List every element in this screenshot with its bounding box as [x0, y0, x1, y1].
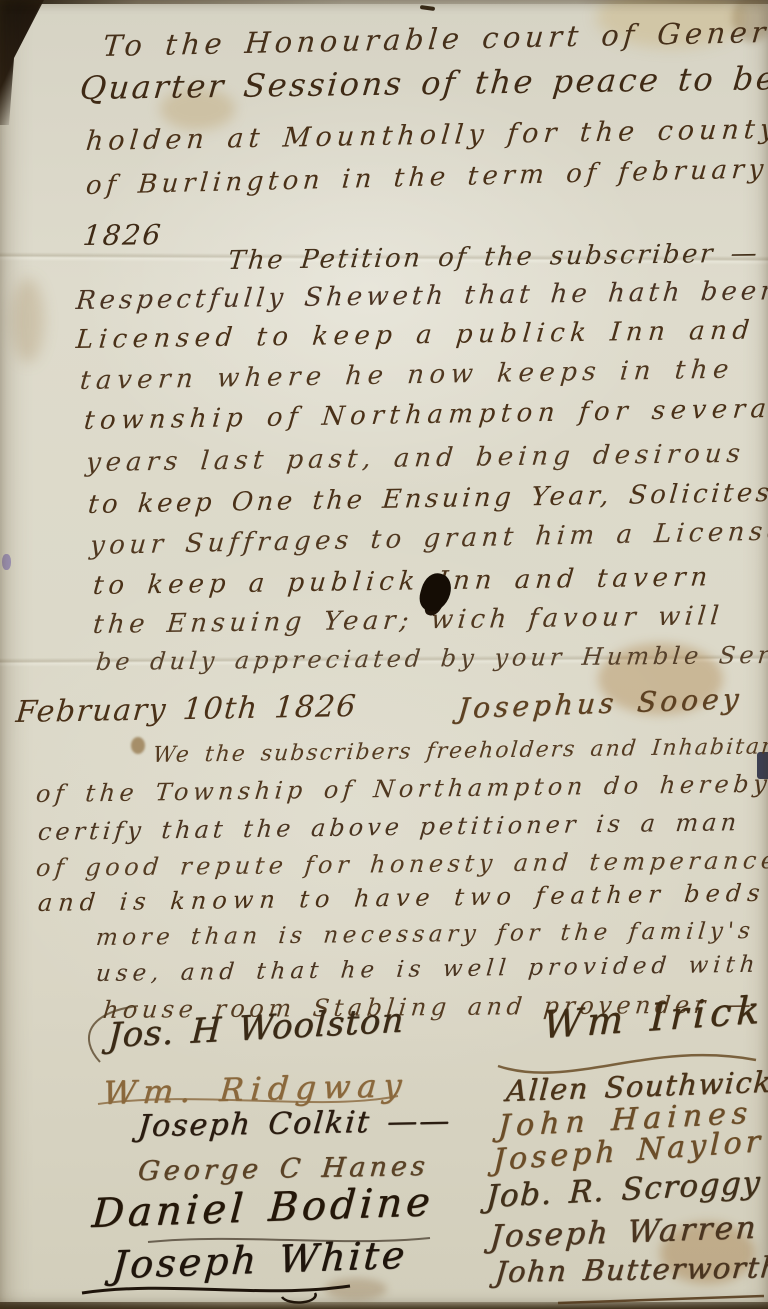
signature: Joseph White [111, 1235, 409, 1287]
certification-line: use, and that he is well provided with [95, 952, 761, 988]
petition-line: to keep One the Ensuing Year, Solicites [87, 479, 768, 521]
ink-spot [131, 737, 145, 754]
certification-line: and is known to have two feather beds [37, 880, 767, 918]
ink-mark-top [420, 5, 435, 11]
petition-line: Licensed to keep a publick Inn and [75, 317, 756, 356]
petition-line: Respectfully Sheweth that he hath been [75, 277, 768, 317]
petition-date: February 10th 1826 [14, 689, 358, 730]
petition-line: your Suffrages to grant him a License [89, 517, 768, 562]
signature: Daniel Bodine [90, 1180, 435, 1236]
signature: Joseph Colkit —— [137, 1105, 453, 1144]
petitioner-signature: Josephus Sooey [457, 682, 744, 725]
certification-line: of the Township of Northampton do hereby [35, 771, 768, 809]
petition-line: holden at Mountholly for the county [85, 114, 768, 157]
petition-line: To the Honourable court of General [102, 15, 768, 63]
petition-line: Quarter Sessions of the peace to be [78, 60, 768, 107]
certification-line: We the subscribers freeholders and Inhab… [152, 734, 768, 768]
stain [12, 278, 44, 363]
page-top-edge [0, 0, 768, 4]
petition-line: of Burlington in the term of february [85, 155, 768, 202]
petition-line: be duly appreciated by your Humble Servt [95, 642, 768, 677]
signature: Joseph Warren [489, 1211, 759, 1255]
edge-speck [2, 554, 11, 570]
page-dark-corner [0, 0, 60, 125]
certification-line: more than is necessary for the family's [95, 918, 756, 951]
petition-line: the Ensuing Year; wich favour will [92, 602, 725, 641]
stain [325, 1278, 387, 1300]
petition-line: The Petition of the subscriber — [227, 240, 761, 277]
page-bottom-edge [0, 1302, 768, 1309]
petition-line: years last past, and being desirous [85, 440, 747, 479]
signature: John Butterworth [494, 1252, 768, 1289]
petition-line: to keep a publick Inn and tavern [92, 563, 714, 602]
petition-line: tavern where he now keeps in the [79, 356, 735, 397]
certification-line: certify that the above petitioner is a m… [37, 809, 742, 846]
certification-line: of good repute for honesty and temperanc… [35, 847, 768, 882]
petition-line: 1826 [81, 219, 163, 252]
petition-line: township of Northampton for several [83, 395, 768, 437]
manuscript-page: To the Honourable court of GeneralQuarte… [0, 0, 768, 1309]
